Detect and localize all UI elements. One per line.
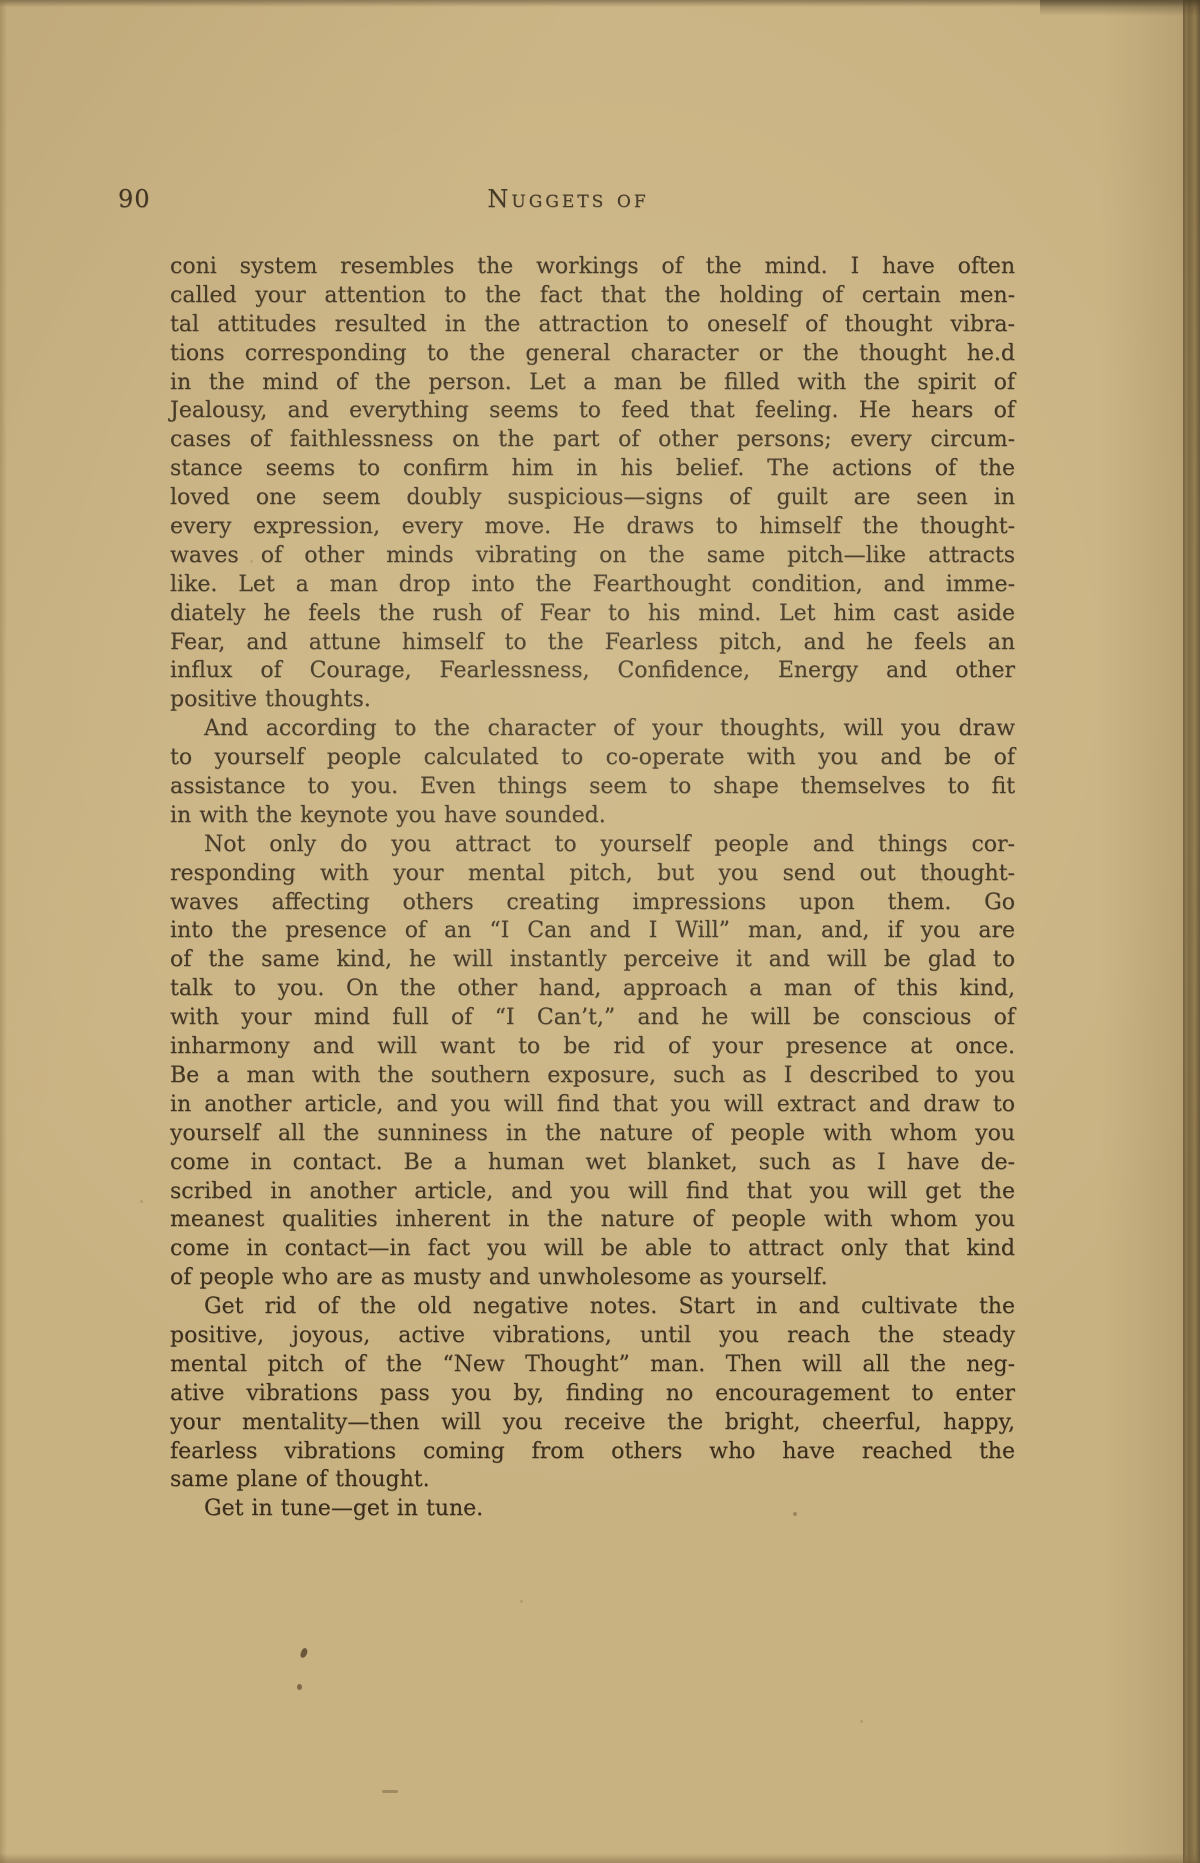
text-line: yourself all the sunniness in the nature…: [170, 1120, 1015, 1149]
text-line: assistance to you. Even things seem to s…: [170, 773, 1015, 802]
text-line: tions corresponding to the general chara…: [170, 340, 1015, 369]
text-line: mental pitch of the “New Thought” man. T…: [170, 1351, 1015, 1380]
page-curl-shadow: [1100, 0, 1183, 1863]
text-line: meanest qualities inherent in the nature…: [170, 1206, 1015, 1235]
text-line: come in contact. Be a human wet blanket,…: [170, 1149, 1015, 1178]
page-edge: [1040, 0, 1200, 16]
text-line: Fear, and attune himself to the Fearless…: [170, 629, 1015, 658]
page-edge: [1183, 0, 1200, 1863]
text-line: diately he feels the rush of Fear to his…: [170, 600, 1015, 629]
text-line: positive, joyous, active vibrations, unt…: [170, 1322, 1015, 1351]
paper-speck: [140, 1200, 143, 1203]
text-line: ative vibrations pass you by, finding no…: [170, 1380, 1015, 1409]
text-line: coni system resembles the workings of th…: [170, 253, 1015, 282]
text-line: talk to you. On the other hand, approach…: [170, 975, 1015, 1004]
text-line: Get rid of the old negative notes. Start…: [170, 1293, 1015, 1322]
body-text: coni system resembles the workings of th…: [170, 253, 1015, 1524]
text-line: Be a man with the southern exposure, suc…: [170, 1062, 1015, 1091]
text-line: Get in tune—get in tune.: [170, 1495, 1015, 1524]
paper-speck: [520, 1600, 523, 1603]
text-line: And according to the character of your t…: [170, 715, 1015, 744]
text-line: positive thoughts.: [170, 686, 1015, 715]
text-line: of people who are as musty and unwholeso…: [170, 1264, 1015, 1293]
text-line: stance seems to confirm him in his belie…: [170, 455, 1015, 484]
page-number: 90: [118, 184, 151, 214]
page-edge: [0, 0, 1200, 7]
text-line: responding with your mental pitch, but y…: [170, 860, 1015, 889]
text-line: your mentality—then will you receive the…: [170, 1409, 1015, 1438]
text-line: waves of other minds vibrating on the sa…: [170, 542, 1015, 571]
text-line: every expression, every move. He draws t…: [170, 513, 1015, 542]
text-line: to yourself people calculated to co-oper…: [170, 744, 1015, 773]
text-line: fearless vibrations coming from others w…: [170, 1438, 1015, 1467]
book-page: 90 Nuggets of coni system resembles the …: [0, 0, 1200, 1863]
text-line: Not only do you attract to yourself peop…: [170, 831, 1015, 860]
page-header: 90 Nuggets of: [170, 184, 1015, 214]
text-line: loved one seem doubly suspicious—signs o…: [170, 484, 1015, 513]
text-line: with your mind full of “I Can’t,” and he…: [170, 1004, 1015, 1033]
text-line: Jealousy, and everything seems to feed t…: [170, 397, 1015, 426]
text-line: waves affecting others creating impressi…: [170, 889, 1015, 918]
page-edge: [0, 0, 7, 1863]
text-line: same plane of thought.: [170, 1466, 1015, 1495]
page-edge: [0, 1853, 1200, 1863]
ink-mark: [382, 1790, 398, 1793]
ink-mark: [300, 1647, 309, 1658]
text-line: in with the keynote you have sounded.: [170, 802, 1015, 831]
text-line: tal attitudes resulted in the attraction…: [170, 311, 1015, 340]
text-line: called your attention to the fact that t…: [170, 282, 1015, 311]
ink-mark: [297, 1684, 302, 1690]
text-line: in the mind of the person. Let a man be …: [170, 369, 1015, 398]
text-line: come in contact—in fact you will be able…: [170, 1235, 1015, 1264]
text-line: scribed in another article, and you will…: [170, 1178, 1015, 1207]
text-line: in another article, and you will find th…: [170, 1091, 1015, 1120]
paper-speck: [860, 1720, 863, 1723]
text-line: inharmony and will want to be rid of you…: [170, 1033, 1015, 1062]
text-line: cases of faithlessness on the part of ot…: [170, 426, 1015, 455]
running-header: Nuggets of: [170, 184, 1015, 214]
text-line: of the same kind, he will instantly perc…: [170, 946, 1015, 975]
text-line: influx of Courage, Fearlessness, Confide…: [170, 657, 1015, 686]
text-line: into the presence of an “I Can and I Wil…: [170, 917, 1015, 946]
text-line: like. Let a man drop into the Fearthough…: [170, 571, 1015, 600]
